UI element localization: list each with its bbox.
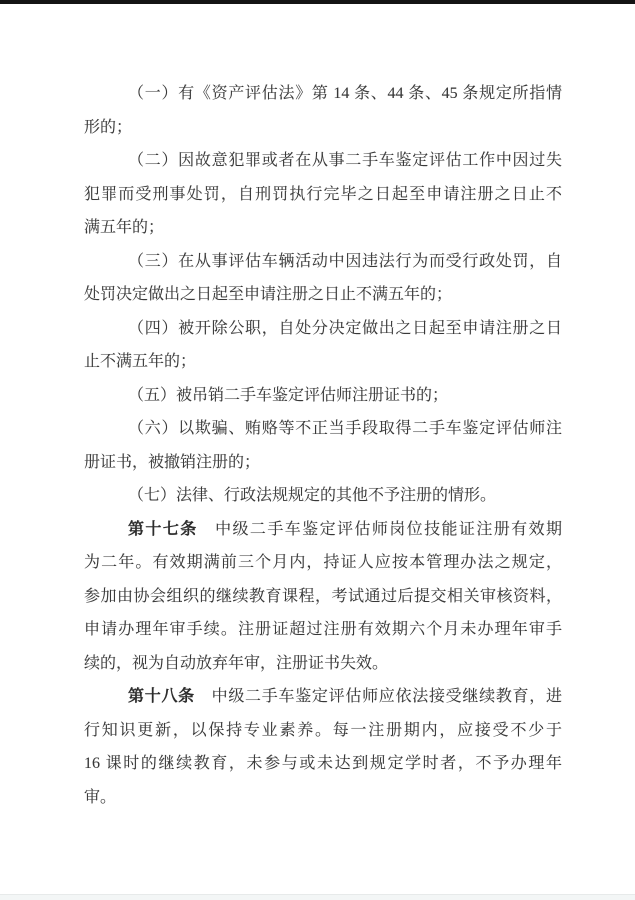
text-line: 审。 <box>84 781 562 815</box>
scan-edge-bottom <box>0 894 635 900</box>
text-line: （七）法律、行政法规规定的其他不予注册的情形。 <box>84 479 562 513</box>
text-line: 止不满五年的； <box>84 345 562 379</box>
text-line: （二）因故意犯罪或者在从事二手车鉴定评估工作中因过失 <box>84 144 562 178</box>
document-page: （一）有《资产评估法》第 14 条、44 条、45 条规定所指情形的；（二）因故… <box>0 0 635 900</box>
text-line: 参加由协会组织的继续教育课程，考试通过后提交相关审核资料， <box>84 580 562 614</box>
text-line: 形的； <box>84 111 562 145</box>
document-body: （一）有《资产评估法》第 14 条、44 条、45 条规定所指情形的；（二）因故… <box>84 77 562 814</box>
article-number: 第十八条 <box>128 688 195 705</box>
text-line: （三）在从事评估车辆活动中因违法行为而受行政处罚，自 <box>84 245 562 279</box>
text-line: 犯罪而受刑事处罚，自刑罚执行完毕之日起至申请注册之日止不 <box>84 178 562 212</box>
article-number: 第十七条 <box>128 521 198 538</box>
text-line: 处罚决定做出之日起至申请注册之日止不满五年的； <box>84 278 562 312</box>
text-line: 续的，视为自动放弃年审，注册证书失效。 <box>84 647 562 681</box>
text-line: （六）以欺骗、贿赂等不正当手段取得二手车鉴定评估师注 <box>84 412 562 446</box>
text-line: 16 课时的继续教育，未参与或未达到规定学时者，不予办理年 <box>84 747 562 781</box>
text-line: 第十八条 中级二手车鉴定评估师应依法接受继续教育，进 <box>84 680 562 714</box>
text-line: 为二年。有效期满前三个月内，持证人应按本管理办法之规定， <box>84 546 562 580</box>
text-line: 申请办理年审手续。注册证超过注册有效期六个月未办理年审手 <box>84 613 562 647</box>
text-line: 第十七条 中级二手车鉴定评估师岗位技能证注册有效期 <box>84 513 562 547</box>
text-line: 行知识更新，以保持专业素养。每一注册期内，应接受不少于 <box>84 714 562 748</box>
text-line: （四）被开除公职，自处分决定做出之日起至申请注册之日 <box>84 312 562 346</box>
text-line: 册证书，被撤销注册的； <box>84 446 562 480</box>
text-line: （五）被吊销二手车鉴定评估师注册证书的； <box>84 379 562 413</box>
scan-edge-top <box>0 0 635 4</box>
text-line: 满五年的； <box>84 211 562 245</box>
text-line: （一）有《资产评估法》第 14 条、44 条、45 条规定所指情 <box>84 77 562 111</box>
